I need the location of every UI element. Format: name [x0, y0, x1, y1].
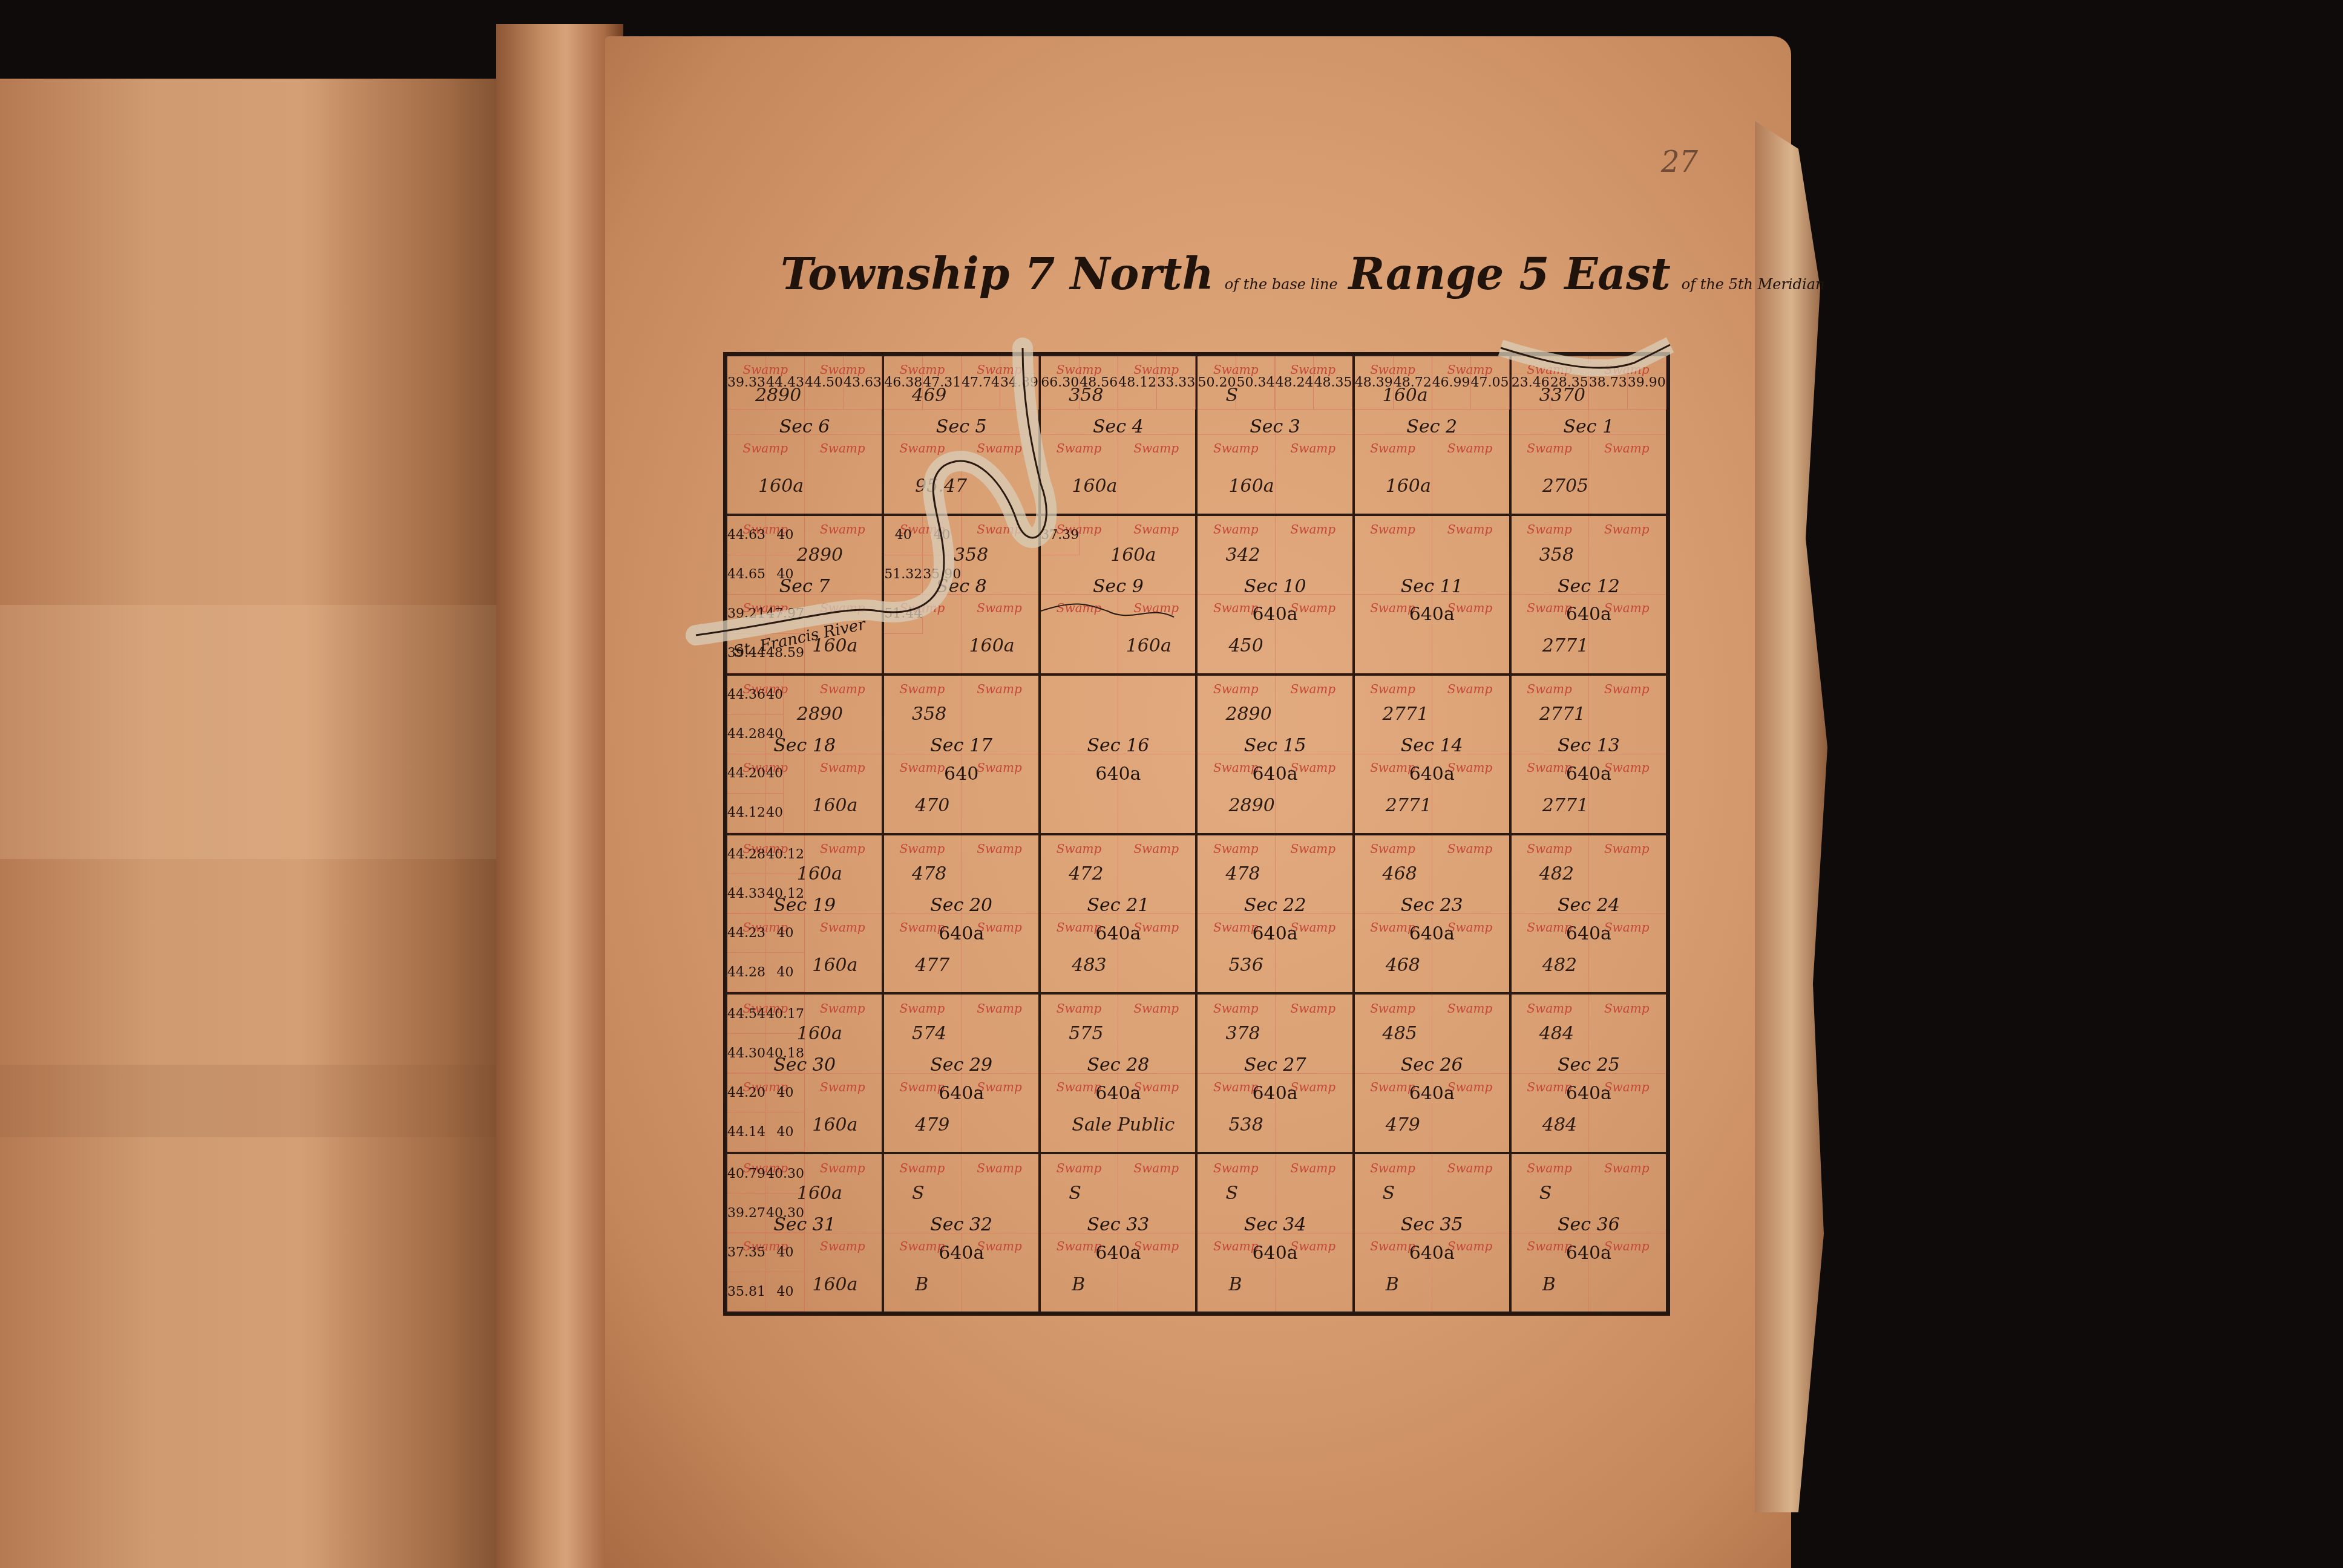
plat-section: SwampSwampSwampSwamp44.5440.1744.3040.18…: [726, 993, 883, 1153]
swamp-label: Swamp: [1057, 1080, 1102, 1094]
swamp-label: Swamp: [1213, 841, 1259, 856]
lot-acreage: 40: [766, 676, 784, 715]
swamp-label: Swamp: [900, 760, 945, 775]
handwritten-note: S: [1225, 385, 1238, 406]
handwritten-note: 160a: [812, 955, 857, 976]
swamp-label: Swamp: [1057, 1161, 1102, 1175]
handwritten-note: 450: [1229, 635, 1263, 656]
handwritten-note: 2890: [755, 385, 801, 406]
swamp-label: Swamp: [977, 441, 1022, 456]
swamp-label: Swamp: [977, 760, 1022, 775]
section-acreage: 640a: [939, 923, 984, 944]
swamp-label: Swamp: [900, 682, 945, 696]
plat-section: SwampSwampSwampSwampSec 20640a478477: [883, 834, 1040, 994]
lot-acreage: 44.28: [727, 953, 766, 992]
lot-acreage: 44.63: [727, 516, 766, 555]
handwritten-note: 2771: [1542, 795, 1588, 816]
swamp-label: Swamp: [1213, 441, 1259, 456]
swamp-label: Swamp: [1604, 522, 1650, 537]
swamp-label: Swamp: [1133, 841, 1179, 856]
handwritten-note: 160a: [1126, 635, 1171, 656]
swamp-label: Swamp: [977, 841, 1022, 856]
handwritten-note: S: [1383, 1183, 1395, 1204]
handwritten-note: 470: [915, 795, 949, 816]
swamp-label: Swamp: [1370, 441, 1415, 456]
swamp-label: Swamp: [820, 441, 865, 456]
section-number: Sec 28: [1087, 1054, 1149, 1076]
lot-acreage: 48.35: [1314, 356, 1352, 410]
fractional-lots: 44.364044.284044.204044.1240: [727, 676, 780, 833]
lot-acreage: 43.63: [844, 356, 882, 410]
handwritten-note: 478: [1225, 863, 1260, 884]
swamp-label: Swamp: [1057, 1239, 1102, 1253]
swamp-label: Swamp: [1291, 682, 1336, 696]
page-number: 27: [1661, 145, 1698, 179]
plat-section: SwampSwampSwampSwampSec 17640358470: [883, 675, 1040, 834]
swamp-label: Swamp: [1291, 841, 1336, 856]
section-number: Sec 27: [1244, 1054, 1306, 1076]
swamp-label: Swamp: [1213, 1001, 1259, 1016]
township-plat-grid: SwampSwampSwampSwamp39.3344.4344.5043.63…: [723, 352, 1670, 1316]
swamp-label: Swamp: [1527, 522, 1572, 537]
handwritten-note: B: [1229, 1274, 1242, 1295]
section-acreage: 640a: [1252, 604, 1297, 625]
section-number: Sec 36: [1558, 1214, 1620, 1235]
section-acreage: 640a: [1252, 763, 1297, 785]
swamp-label: Swamp: [900, 920, 945, 935]
swamp-label: Swamp: [1370, 1001, 1415, 1016]
handwritten-note: 358: [1539, 544, 1574, 566]
swamp-label: Swamp: [820, 1239, 865, 1253]
swamp-label: Swamp: [1057, 920, 1102, 935]
handwritten-note: S: [912, 1183, 925, 1204]
section-number: Sec 26: [1401, 1054, 1463, 1076]
swamp-label: Swamp: [1447, 522, 1493, 537]
handwritten-note: 160a: [1072, 475, 1117, 497]
handwritten-note: 2705: [1542, 475, 1588, 497]
handwritten-note: 3370: [1539, 385, 1585, 406]
handwritten-note: 469: [912, 385, 946, 406]
swamp-label: Swamp: [1527, 1001, 1572, 1016]
plat-section: SwampSwampSwampSwampSec 11640a: [1354, 515, 1510, 675]
handwritten-note: 482: [1542, 955, 1577, 976]
swamp-label: Swamp: [1213, 760, 1259, 775]
plat-section: SwampSwampSwampSwamp44.2840.1244.3340.12…: [726, 834, 883, 994]
section-number: Sec 18: [773, 735, 836, 756]
section-number: Sec 16: [1087, 735, 1149, 756]
plat-section: SwampSwampSwampSwamp39.3344.4344.5043.63…: [726, 355, 883, 515]
swamp-label: Swamp: [900, 1161, 945, 1175]
handwritten-note: 483: [1072, 955, 1106, 976]
swamp-label: Swamp: [1133, 1001, 1179, 1016]
fractional-lots: 37.39: [1041, 516, 1093, 673]
swamp-label: Swamp: [1213, 1239, 1259, 1253]
plat-section: SwampSwampSwampSwamp23.4628.3538.7339.90…: [1510, 355, 1667, 515]
handwritten-note: B: [1386, 1274, 1399, 1295]
handwritten-note: 358: [1069, 385, 1103, 406]
plat-section: SwampSwampSwampSwampSec 34640aSB: [1196, 1153, 1353, 1313]
handwritten-note: 160a: [1229, 475, 1274, 497]
section-number: Sec 3: [1250, 416, 1300, 437]
section-number: Sec 31: [773, 1214, 836, 1235]
fractional-lots: 404051.3235.9051.44: [884, 516, 937, 673]
section-number: Sec 25: [1558, 1054, 1620, 1076]
lot-acreage: 40: [766, 1073, 805, 1112]
lot-acreage: 44.23: [727, 913, 766, 953]
swamp-label: Swamp: [1527, 1080, 1572, 1094]
fractional-lots: 46.3847.3147.7434.89: [884, 356, 1038, 410]
swamp-label: Swamp: [820, 1080, 865, 1094]
handwritten-note: 160a: [1386, 475, 1431, 497]
section-number: Sec 34: [1244, 1214, 1306, 1235]
swamp-label: Swamp: [1604, 1001, 1650, 1016]
swamp-label: Swamp: [1133, 1161, 1179, 1175]
fractional-lots: 40.7940.3039.2740.3037.354035.8140: [727, 1154, 780, 1312]
handwritten-note: 536: [1229, 955, 1263, 976]
section-number: Sec 24: [1558, 895, 1620, 916]
handwritten-note: 484: [1542, 1114, 1577, 1135]
swamp-label: Swamp: [1291, 522, 1336, 537]
handwritten-note: B: [1542, 1274, 1556, 1295]
fractional-lots: 50.2050.3448.2448.35: [1198, 356, 1352, 410]
section-number: Sec 14: [1401, 735, 1463, 756]
section-number: Sec 10: [1244, 576, 1306, 597]
swamp-label: Swamp: [1604, 841, 1650, 856]
swamp-label: Swamp: [1447, 1161, 1493, 1175]
plat-section: SwampSwampSwampSwampSec 32640aSB: [883, 1153, 1040, 1313]
swamp-label: Swamp: [1527, 601, 1572, 615]
lot-acreage: 44.54: [727, 995, 766, 1034]
section-acreage: 640: [944, 763, 978, 785]
plat-section: SwampSwampSwampSwampSec 29640a574479: [883, 993, 1040, 1153]
handwritten-note: S: [1539, 1183, 1552, 1204]
plat-section: SwampSwampSwampSwampSec 26640a485479: [1354, 993, 1510, 1153]
lot-acreage: 51.44: [884, 595, 923, 634]
swamp-label: Swamp: [1133, 601, 1179, 615]
swamp-label: Swamp: [977, 522, 1022, 537]
section-acreage: 640a: [1409, 763, 1455, 785]
handwritten-note: 378: [1225, 1023, 1260, 1044]
section-number: Sec 32: [930, 1214, 992, 1235]
section-acreage: 640a: [939, 1083, 984, 1104]
lot-acreage: 33.33: [1157, 356, 1196, 410]
handwritten-note: 2890: [797, 704, 843, 725]
plat-section: SwampSwampSwampSwampSec 36640aSB: [1510, 1153, 1667, 1313]
fractional-lots: 66.3048.5648.1233.33: [1041, 356, 1195, 410]
swamp-label: Swamp: [1133, 522, 1179, 537]
plat-section: SwampSwampSwampSwamp48.3948.7246.9947.05…: [1354, 355, 1510, 515]
swamp-label: Swamp: [1527, 1161, 1572, 1175]
section-number: Sec 7: [779, 576, 830, 597]
swamp-label: Swamp: [1057, 841, 1102, 856]
handwritten-note: 160a: [812, 1274, 857, 1295]
handwritten-note: S: [1069, 1183, 1081, 1204]
handwritten-note: 95.47: [915, 475, 967, 497]
swamp-label: Swamp: [820, 760, 865, 775]
swamp-label: Swamp: [1370, 601, 1415, 615]
handwritten-note: 479: [915, 1114, 949, 1135]
plat-section: SwampSwampSwampSwampSec 14640a27712771: [1354, 675, 1510, 834]
lot-acreage: 44.20: [727, 754, 766, 794]
plat-section: SwampSwampSwampSwamp404051.3235.9051.44S…: [883, 515, 1040, 675]
handwritten-note: 482: [1539, 863, 1574, 884]
swamp-label: Swamp: [977, 601, 1022, 615]
lot-acreage: 44.33: [727, 874, 766, 913]
section-acreage: 640a: [1566, 763, 1611, 785]
handwritten-note: 472: [1069, 863, 1103, 884]
lot-acreage: 48.24: [1275, 356, 1314, 410]
swamp-label: Swamp: [1291, 441, 1336, 456]
handwritten-note: 484: [1539, 1023, 1574, 1044]
swamp-label: Swamp: [977, 1161, 1022, 1175]
page-edges: [1755, 121, 1827, 1512]
section-number: Sec 2: [1406, 416, 1457, 437]
lot-acreage: 44.28: [727, 835, 766, 875]
lot-acreage: 40: [766, 1272, 805, 1312]
swamp-label: Swamp: [1213, 682, 1259, 696]
swamp-label: Swamp: [1447, 841, 1493, 856]
section-acreage: 640a: [1409, 1243, 1455, 1264]
handwritten-note: 485: [1383, 1023, 1417, 1044]
handwritten-note: 160a: [797, 1023, 842, 1044]
lot-acreage: 40: [766, 913, 805, 953]
swamp-label: Swamp: [820, 522, 865, 537]
plat-section: SwampSwampSwampSwamp46.3847.3147.7434.89…: [883, 355, 1040, 515]
plat-section: SwampSwampSwampSwampSec 25640a484484: [1510, 993, 1667, 1153]
section-number: Sec 23: [1401, 895, 1463, 916]
handwritten-note: 479: [1386, 1114, 1420, 1135]
plat-section: SwampSwampSwampSwampSec 22640a478536: [1196, 834, 1353, 994]
section-number: Sec 11: [1401, 576, 1463, 597]
swamp-label: Swamp: [1370, 682, 1415, 696]
plat-section: SwampSwampSwampSwampSec 15640a28902890: [1196, 675, 1353, 834]
plat-section: SwampSwampSwampSwampSec 28640a575Sale Pu…: [1040, 993, 1196, 1153]
swamp-label: Swamp: [1370, 760, 1415, 775]
section-number: Sec 9: [1093, 576, 1144, 597]
section-acreage: 640a: [1566, 1083, 1611, 1104]
swamp-label: Swamp: [820, 1001, 865, 1016]
plat-section: SwampSwampSwampSwamp40.7940.3039.2740.30…: [726, 1153, 883, 1313]
lot-acreage: 40: [766, 953, 805, 992]
handwritten-note: 2890: [797, 544, 843, 566]
swamp-label: Swamp: [1370, 920, 1415, 935]
section-acreage: 640a: [1095, 1083, 1141, 1104]
swamp-label: Swamp: [1213, 522, 1259, 537]
section-acreage: 640a: [1095, 923, 1141, 944]
plat-title: Township 7 North of the base line Range …: [781, 248, 1658, 299]
lot-acreage: 44.65: [727, 555, 766, 595]
plat-section: SwampSwampSwampSwampSec 23640a468468: [1354, 834, 1510, 994]
plat-section: SwampSwampSwampSwamp50.2050.3448.2448.35…: [1196, 355, 1353, 515]
section-number: Sec 6: [779, 416, 830, 437]
lot-acreage: 47.97: [766, 595, 805, 634]
lot-acreage: 48.12: [1118, 356, 1157, 410]
handwritten-note: S: [1225, 1183, 1238, 1204]
title-range: Range 5 East: [1349, 248, 1671, 299]
plat-section: SwampSwampSwampSwampSec 10640a342450: [1196, 515, 1353, 675]
section-acreage: 640a: [1252, 923, 1297, 944]
swamp-label: Swamp: [820, 682, 865, 696]
handwritten-note: 358: [912, 704, 946, 725]
swamp-label: Swamp: [743, 441, 788, 456]
book-gutter: [496, 24, 623, 1568]
fractional-lots: 39.3344.4344.5043.63: [727, 356, 882, 410]
plat-section: Sec 16640a: [1040, 675, 1196, 834]
section-acreage: 640a: [939, 1243, 984, 1264]
section-acreage: 640a: [1252, 1243, 1297, 1264]
swamp-label: Swamp: [1447, 1001, 1493, 1016]
handwritten-note: 538: [1229, 1114, 1263, 1135]
handwritten-note: 160a: [797, 1183, 842, 1204]
handwritten-note: Sale Public: [1072, 1114, 1175, 1135]
section-number: Sec 20: [930, 895, 992, 916]
section-number: Sec 15: [1244, 735, 1306, 756]
section-number: Sec 8: [936, 576, 987, 597]
swamp-label: Swamp: [900, 1239, 945, 1253]
handwritten-note: 160a: [1383, 385, 1428, 406]
section-acreage: 640a: [1095, 763, 1141, 785]
lot-acreage: 40: [766, 1233, 805, 1272]
section-number: Sec 21: [1087, 895, 1149, 916]
section-number: Sec 13: [1558, 735, 1620, 756]
swamp-label: Swamp: [1213, 601, 1259, 615]
section-number: Sec 12: [1558, 576, 1620, 597]
swamp-label: Swamp: [1527, 841, 1572, 856]
swamp-label: Swamp: [977, 682, 1022, 696]
lot-acreage: 40: [766, 754, 784, 794]
swamp-label: Swamp: [1370, 522, 1415, 537]
lot-acreage: 44.50: [805, 356, 844, 410]
swamp-label: Swamp: [1604, 682, 1650, 696]
section-number: Sec 19: [773, 895, 836, 916]
swamp-label: Swamp: [1057, 441, 1102, 456]
lot-acreage: 40: [766, 794, 784, 833]
swamp-label: Swamp: [1057, 1001, 1102, 1016]
section-acreage: 640a: [1095, 1243, 1141, 1264]
handwritten-note: 2771: [1539, 704, 1585, 725]
handwritten-note: 2771: [1542, 635, 1588, 656]
swamp-label: Swamp: [1604, 441, 1650, 456]
swamp-label: Swamp: [1370, 1161, 1415, 1175]
lot-acreage: 44.20: [727, 1073, 766, 1112]
fractional-lots: 23.4628.3538.7339.90: [1512, 356, 1666, 410]
swamp-label: Swamp: [1370, 1239, 1415, 1253]
handwritten-note: 2771: [1383, 704, 1429, 725]
handwritten-note: 477: [915, 955, 949, 976]
swamp-label: Swamp: [1527, 441, 1572, 456]
swamp-label: Swamp: [820, 920, 865, 935]
section-acreage: 640a: [1252, 1083, 1297, 1104]
title-meridian: of the 5th Meridian: [1682, 276, 1825, 293]
swamp-label: Swamp: [820, 601, 865, 615]
handwritten-note: 160a: [812, 1114, 857, 1135]
handwritten-note: 160a: [969, 635, 1015, 656]
swamp-label: Swamp: [1527, 1239, 1572, 1253]
lot-acreage: 44.12: [727, 794, 766, 833]
handwritten-note: 575: [1069, 1023, 1103, 1044]
section-number: Sec 5: [936, 416, 987, 437]
lot-acreage: 51.32: [884, 555, 923, 595]
plat-section: SwampSwampSwampSwamp37.39Sec 9160a160a: [1040, 515, 1196, 675]
section-acreage: 640a: [1566, 923, 1611, 944]
fractional-lots: 44.2840.1244.3340.1244.234044.2840: [727, 835, 780, 993]
section-acreage: 640a: [1409, 604, 1455, 625]
section-number: Sec 4: [1093, 416, 1144, 437]
section-number: Sec 22: [1244, 895, 1306, 916]
lot-acreage: 35.81: [727, 1272, 766, 1312]
section-number: Sec 1: [1564, 416, 1614, 437]
lot-acreage: 44.30: [727, 1034, 766, 1073]
handwritten-note: 2890: [1229, 795, 1275, 816]
lot-acreage: 44.14: [727, 1112, 766, 1152]
lot-acreage: 47.74: [962, 356, 1000, 410]
swamp-label: Swamp: [1213, 1161, 1259, 1175]
handwritten-note: 160a: [1110, 544, 1156, 566]
swamp-label: Swamp: [1604, 1161, 1650, 1175]
section-acreage: 640a: [1409, 923, 1455, 944]
swamp-label: Swamp: [820, 841, 865, 856]
plat-section: SwampSwampSwampSwampSec 27640a378538: [1196, 993, 1353, 1153]
handwritten-note: 574: [912, 1023, 946, 1044]
swamp-label: Swamp: [1370, 841, 1415, 856]
handwritten-note: 468: [1386, 955, 1420, 976]
swamp-label: Swamp: [1370, 1080, 1415, 1094]
section-number: Sec 30: [773, 1054, 836, 1076]
lot-acreage: 34.89: [1000, 356, 1039, 410]
swamp-label: Swamp: [900, 1001, 945, 1016]
handwritten-note: 2771: [1386, 795, 1432, 816]
swamp-label: Swamp: [1291, 1001, 1336, 1016]
plat-section: SwampSwampSwampSwampSec 12640a3582771: [1510, 515, 1667, 675]
handwritten-note: 478: [912, 863, 946, 884]
plat-section: SwampSwampSwampSwampSec 33640aSB: [1040, 1153, 1196, 1313]
handwritten-note: 160a: [812, 795, 857, 816]
lot-acreage: 44.28: [727, 715, 766, 754]
lot-acreage: 39.90: [1628, 356, 1666, 410]
lot-acreage: 40: [766, 1112, 805, 1152]
plat-section: SwampSwampSwampSwampSec 13640a27712771: [1510, 675, 1667, 834]
plat-section: SwampSwampSwampSwamp66.3048.5648.1233.33…: [1040, 355, 1196, 515]
handwritten-note: 160a: [797, 863, 842, 884]
lot-acreage: 39.27: [727, 1194, 766, 1233]
swamp-label: Swamp: [820, 1161, 865, 1175]
swamp-label: Swamp: [1291, 1161, 1336, 1175]
swamp-label: Swamp: [1213, 920, 1259, 935]
lot-acreage: 37.35: [727, 1233, 766, 1272]
swamp-label: Swamp: [977, 1001, 1022, 1016]
section-number: Sec 29: [930, 1054, 992, 1076]
plat-section: SwampSwampSwampSwamp44.364044.284044.204…: [726, 675, 883, 834]
swamp-label: Swamp: [1527, 760, 1572, 775]
section-number: Sec 35: [1401, 1214, 1463, 1235]
plat-section: SwampSwampSwampSwampSec 21640a472483: [1040, 834, 1196, 994]
lot-acreage: 46.99: [1432, 356, 1471, 410]
plat-section: SwampSwampSwampSwampSec 24640a482482: [1510, 834, 1667, 994]
lot-acreage: 40: [884, 516, 923, 555]
swamp-label: Swamp: [900, 1080, 945, 1094]
swamp-label: Swamp: [1133, 441, 1179, 456]
lot-acreage: 39.21: [727, 595, 766, 634]
section-number: Sec 17: [930, 735, 992, 756]
lot-acreage: 38.73: [1589, 356, 1628, 410]
lot-acreage: 37.39: [1041, 516, 1080, 555]
lot-acreage: 50.34: [1236, 356, 1275, 410]
fractional-lots: 44.5440.1744.3040.1844.204044.1440: [727, 995, 780, 1152]
swamp-label: Swamp: [1447, 682, 1493, 696]
swamp-label: Swamp: [1213, 1080, 1259, 1094]
lot-acreage: 40.79: [727, 1154, 766, 1194]
section-acreage: 640a: [1566, 1243, 1611, 1264]
